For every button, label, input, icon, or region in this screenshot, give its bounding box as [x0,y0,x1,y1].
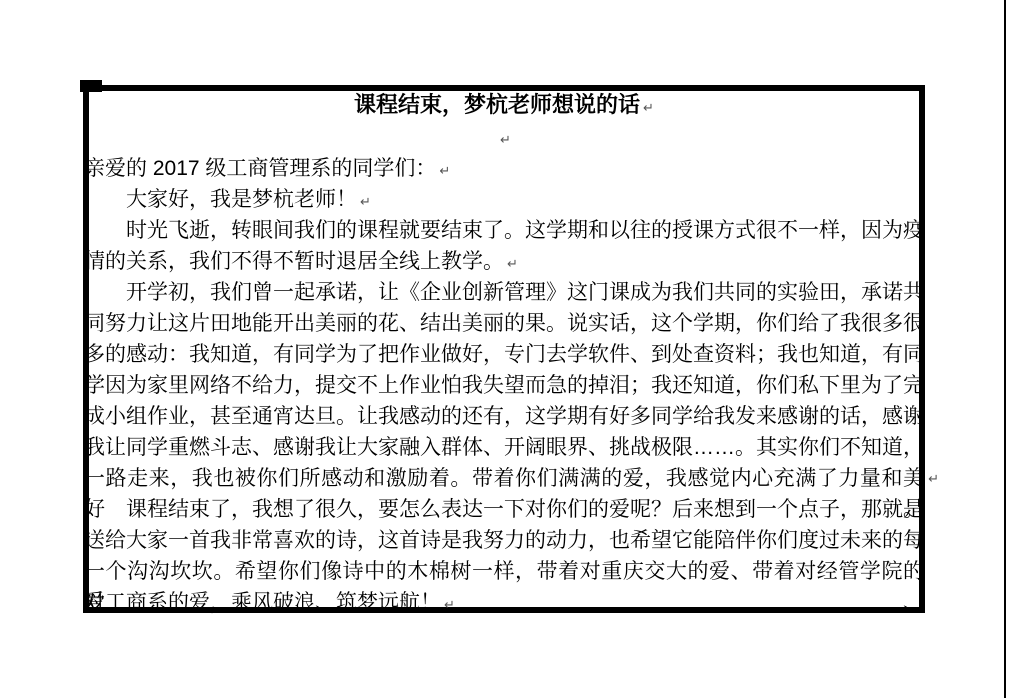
document-title-text: 课程结束，梦杭老师想说的话 [354,92,640,117]
text-line: 我让同学重燃斗志、感谢我让大家融入群体、开阔眼界、挑战极限……。其实你们不知道， [84,432,924,463]
text-line: 时光飞逝，转眼间我们的课程就要结束了。这学期和以往的授课方式很不一样，因为疫 [84,215,924,246]
text-line: 大家好，我是梦杭老师！↵ [84,184,924,215]
letter-lines: ↵亲爱的 2017 级工商管理系的同学们：↵大家好，我是梦杭老师！↵时光飞逝，转… [84,122,924,618]
text-line-content: 多的感动：我知道，有同学为了把作业做好，专门去学软件、到处查资料；我也知道，有同 [84,343,924,366]
text-line-content: 大家好，我是梦杭老师！ [126,188,357,211]
paragraph-mark-icon: ↵ [500,132,511,147]
text-line: 对工商系的爱，乘风破浪、筑梦远航！↵ [84,587,924,618]
letter-body: 课程结束，梦杭老师想说的话↵ ↵亲爱的 2017 级工商管理系的同学们：↵大家好… [84,88,924,618]
text-line-content: 同努力让这片田地能开出美丽的花、结出美丽的果。说实话，这个学期，你们给了我很多很 [84,312,924,335]
text-line-content: 送给大家一首我非常喜欢的诗，这首诗是我努力的动力，也希望它能陪伴你们度过未来的每 [84,529,924,552]
text-line: 成小组作业，甚至通宵达旦。让我感动的还有，这学期有好多同学给我发来感谢的话，感谢 [84,401,924,432]
text-line-content: 开学初，我们曾一起承诺，让《企业创新管理》这门课成为我们共同的实验田，承诺共 [126,281,924,304]
paragraph-mark-icon: ↵ [360,194,371,209]
text-line-content: 我让同学重燃斗志、感谢我让大家融入群体、开阔眼界、挑战极限……。其实你们不知道， [84,436,924,459]
text-line: ↵ [84,122,924,153]
text-line-content: 情的关系，我们不得不暂时退居全线上教学。 [84,250,504,273]
text-line-content: 成小组作业，甚至通宵达旦。让我感动的还有，这学期有好多同学给我发来感谢的话，感谢 [84,405,924,428]
paragraph-mark-icon: ↵ [928,463,939,494]
text-line: 送给大家一首我非常喜欢的诗，这首诗是我努力的动力，也希望它能陪伴你们度过未来的每 [84,525,924,556]
text-line: 情的关系，我们不得不暂时退居全线上教学。↵ [84,246,924,277]
text-line: 一个沟沟坎坎。希望你们像诗中的木棉树一样，带着对重庆交大的爱、带着对经管学院的爱… [84,556,924,587]
paragraph-mark-icon: ↵ [643,100,654,115]
paragraph-mark-icon: ↵ [444,597,455,612]
document-page: { "page": { "background": "#ffffff", "fr… [0,0,1010,698]
text-line-content: 时光飞逝，转眼间我们的课程就要结束了。这学期和以往的授课方式很不一样，因为疫 [126,219,924,242]
text-line: 同努力让这片田地能开出美丽的花、结出美丽的果。说实话，这个学期，你们给了我很多很 [84,308,924,339]
text-line: 课程结束了，我想了很久，要怎么表达一下对你们的爱呢？后来想到一个点子，那就是 [84,494,924,525]
text-line-content: 亲爱的 2017 级工商管理系的同学们： [84,157,436,180]
text-line: 多的感动：我知道，有同学为了把作业做好，专门去学软件、到处查资料；我也知道，有同 [84,339,924,370]
text-line: 一路走来，我也被你们所感动和激励着。带着你们满满的爱，我感觉内心充满了力量和美好… [84,463,924,494]
text-line-content: 学因为家里网络不给力，提交不上作业怕我失望而急的掉泪；我还知道，你们私下里为了完 [84,374,924,397]
page-edge-line [1004,0,1006,698]
text-line-content: 课程结束了，我想了很久，要怎么表达一下对你们的爱呢？后来想到一个点子，那就是 [126,498,924,521]
paragraph-mark-icon: ↵ [507,256,518,271]
text-line: 学因为家里网络不给力，提交不上作业怕我失望而急的掉泪；我还知道，你们私下里为了完 [84,370,924,401]
text-line: 开学初，我们曾一起承诺，让《企业创新管理》这门课成为我们共同的实验田，承诺共 [84,277,924,308]
text-line-content: 对工商系的爱，乘风破浪、筑梦远航！ [84,591,441,614]
document-title: 课程结束，梦杭老师想说的话↵ [84,88,924,122]
text-line: 亲爱的 2017 级工商管理系的同学们：↵ [84,153,924,184]
paragraph-mark-icon: ↵ [439,163,450,178]
